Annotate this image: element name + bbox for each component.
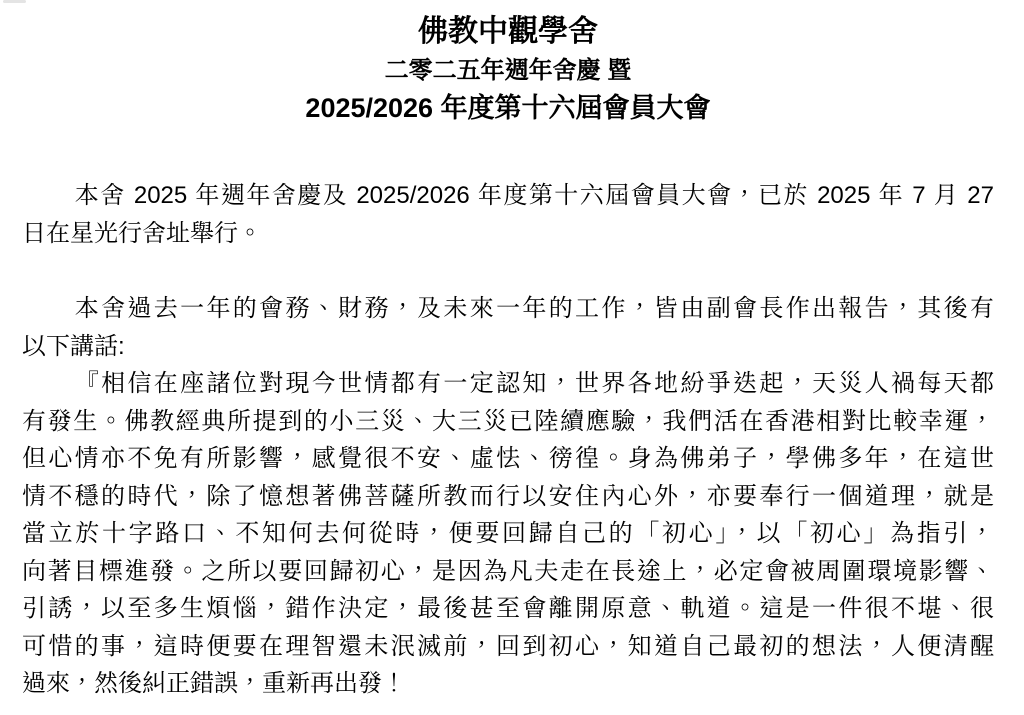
text-line: 本舍過去一年的會務、財務，及未來一年的工作，皆由副會長作出報告，其後有 [22,290,994,328]
text-line: 情不穩的時代，除了憶想著佛菩薩所教而行以安住內心外，亦要奉行一個道理，就是 [22,478,994,516]
text-line: 過來，然後糾正錯誤，重新再出發！ [22,665,994,703]
document-page: 佛教中觀學舍 二零二五年週年舍慶 暨 2025/2026 年度第十六屆會員大會 … [0,0,1024,703]
text-line: 本舍 2025 年週年舍慶及 2025/2026 年度第十六屆會員大會，已於 2… [22,177,994,215]
text-line: 有發生。佛教經典所提到的小三災、大三災已陸續應驗，我們活在香港相對比較幸運， [22,403,994,441]
window-edge-artifact [3,0,26,3]
text-line: 向著目標進發。之所以要回歸初心，是因為凡夫走在長途上，必定會被周圍環境影響、 [22,553,994,591]
paragraph-intro: 本舍 2025 年週年舍慶及 2025/2026 年度第十六屆會員大會，已於 2… [22,177,994,252]
text-line: 可惜的事，這時便要在理智還未泯滅前，回到初心，知道自己最初的想法，人便清醒 [22,628,994,666]
text-line: 當立於十字路口、不知何去何從時，便要回歸自己的「初心」，以「初心」為指引， [22,515,994,553]
text-line: 日在星光行舍址舉行。 [22,215,994,253]
doc-meeting-title: 2025/2026 年度第十六屆會員大會 [22,89,994,127]
text-line: 引誘，以至多生煩惱，錯作決定，最後甚至會離開原意、軌道。這是一件很不堪、很 [22,590,994,628]
paragraph-speech: 『相信在座諸位對現今世情都有一定認知，世界各地紛爭迭起，天災人禍每天都 有發生。… [22,365,994,703]
text-line: 『相信在座諸位對現今世情都有一定認知，世界各地紛爭迭起，天災人禍每天都 [22,365,994,403]
text-line: 但心情亦不免有所影響，感覺很不安、虛怯、徬徨。身為佛弟子，學佛多年，在這世 [22,440,994,478]
paragraph-report: 本舍過去一年的會務、財務，及未來一年的工作，皆由副會長作出報告，其後有 以下講話… [22,290,994,365]
doc-title: 佛教中觀學舍 [22,12,994,52]
text-line: 以下講話: [22,328,994,366]
doc-subtitle: 二零二五年週年舍慶 暨 [22,52,994,89]
